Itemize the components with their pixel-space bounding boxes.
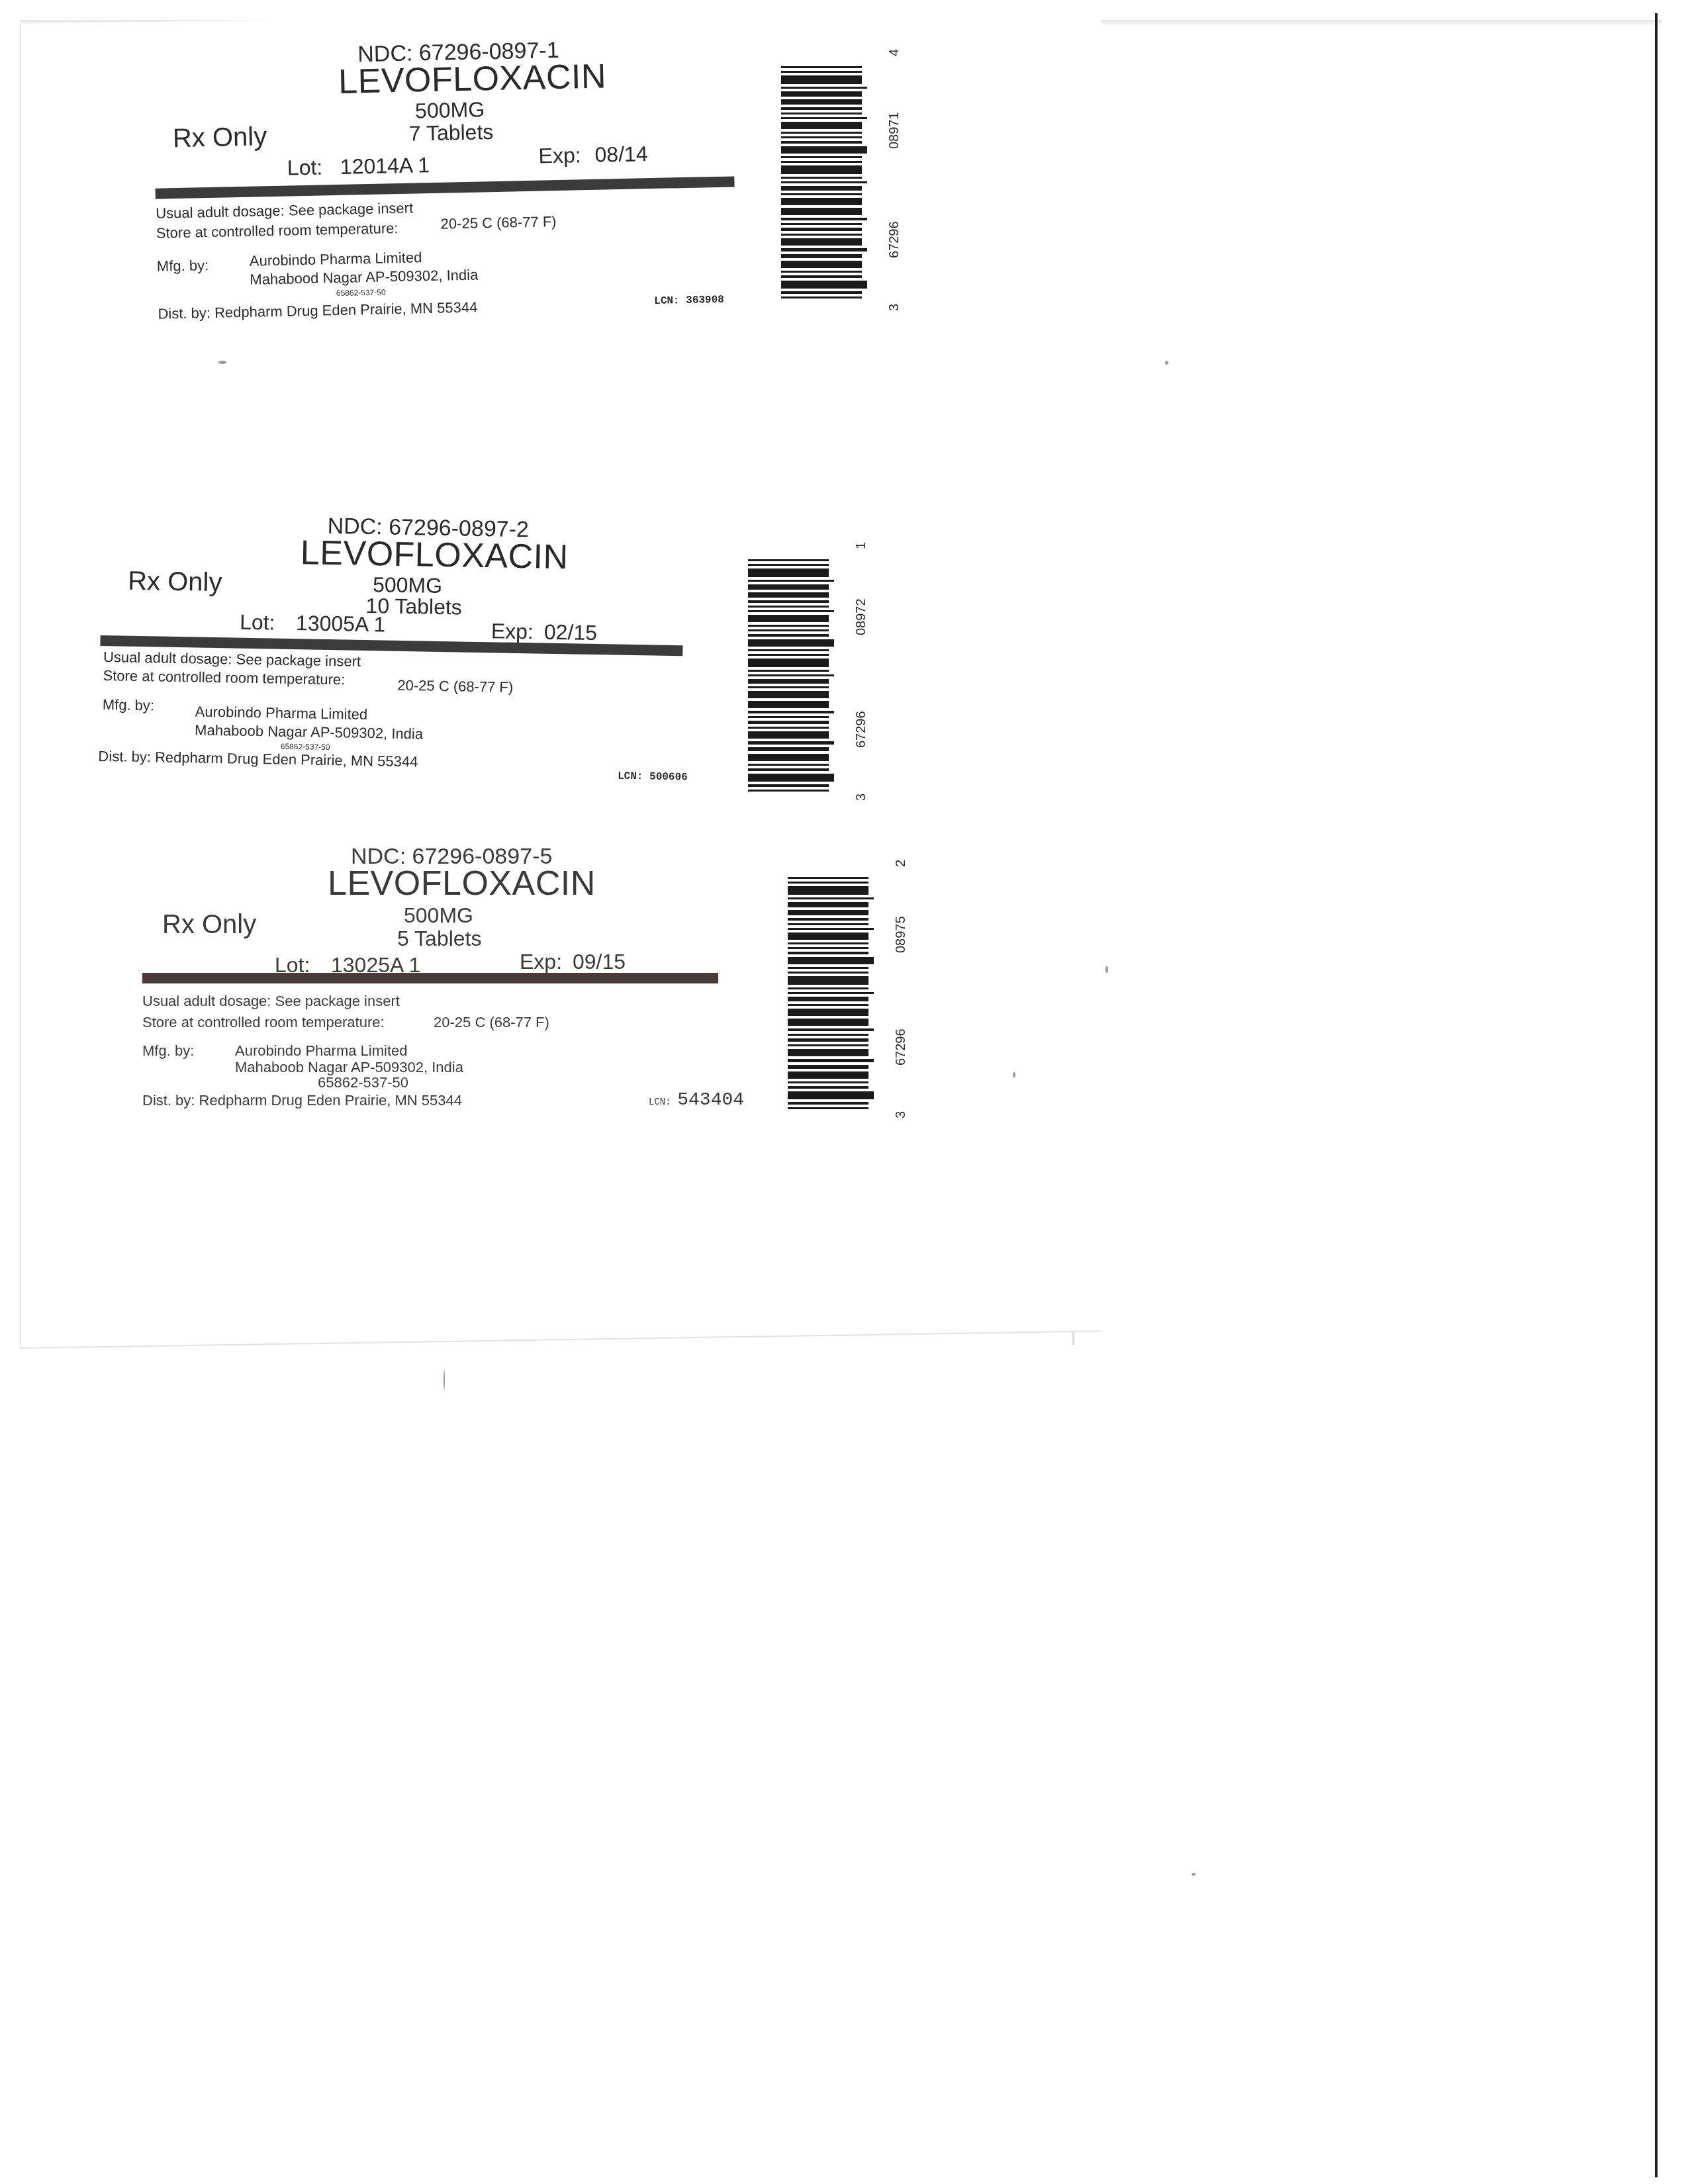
storage-value: 20-25 C (68-77 F) <box>440 213 556 233</box>
scan-speck <box>1165 361 1168 365</box>
barcode-bar <box>788 1107 868 1109</box>
barcode-bar <box>748 711 834 713</box>
rx-only: Rx Only <box>162 910 256 940</box>
barcode-bar <box>781 141 862 143</box>
scan-speck <box>218 361 226 364</box>
barcode-bar <box>748 679 829 683</box>
barcode-bar <box>748 784 829 786</box>
scan-speck <box>1192 1873 1196 1876</box>
barcode-bar <box>748 774 834 782</box>
barcode-bar <box>788 918 868 920</box>
lcn-label: LCN: <box>649 1097 671 1108</box>
drug-name: LEVOFLOXACIN <box>338 56 607 101</box>
barcode-digits-right: 08971 <box>887 112 902 149</box>
barcode-bar <box>781 161 862 163</box>
tablet-count: 5 Tablets <box>397 927 482 951</box>
barcode-digits-right: 08975 <box>894 916 909 953</box>
barcode-bar <box>781 193 862 195</box>
storage-label: Store at controlled room temperature: <box>156 220 399 242</box>
barcode-digit-first: 3 <box>854 794 869 801</box>
lcn-label: LCN: <box>618 770 643 783</box>
mfg-code: 65862-537-50 <box>281 742 330 752</box>
barcode-bar <box>788 972 868 974</box>
lcn: LCN: 363908 <box>654 294 724 307</box>
barcode-digit-check: 2 <box>894 860 909 867</box>
drug-name: LEVOFLOXACIN <box>328 864 596 903</box>
barcode-bar <box>788 967 868 969</box>
barcode-bar <box>781 132 862 134</box>
mfg-address: Mahaboob Nagar AP-509302, India <box>195 721 423 743</box>
barcode-bar <box>748 615 829 622</box>
barcode-bar <box>748 674 834 676</box>
barcode-bar <box>748 721 829 724</box>
barcode-bar <box>788 957 874 964</box>
storage-value: 20-25 C (68-77 F) <box>434 1014 549 1031</box>
barcode <box>781 66 867 301</box>
exp-label: Exp: <box>538 143 581 168</box>
mfg-label: Mfg. by: <box>103 696 155 714</box>
barcode-bar <box>748 701 829 708</box>
barcode-bar <box>788 1049 868 1056</box>
barcode-bar <box>781 146 867 154</box>
barcode-bar <box>781 136 862 138</box>
barcode-bar <box>788 1004 868 1006</box>
divider-bar <box>156 176 735 199</box>
barcode-bar <box>781 66 862 68</box>
barcode-bar <box>788 1059 874 1062</box>
barcode-bar <box>788 976 868 985</box>
exp-date: 08/14 <box>594 142 648 167</box>
barcode-bar <box>748 625 829 627</box>
distributor: Dist. by: Redpharm Drug Eden Prairie, MN… <box>98 748 418 770</box>
storage-label: Store at controlled room temperature: <box>142 1014 385 1031</box>
scan-speck <box>1013 1072 1015 1077</box>
barcode-bar <box>748 634 829 636</box>
barcode-digit-first: 3 <box>894 1111 909 1118</box>
barcode-bar <box>748 584 829 590</box>
barcode-bar <box>788 987 868 989</box>
divider-bar <box>142 973 718 983</box>
barcode-bar <box>781 275 862 277</box>
barcode-bar <box>781 228 862 231</box>
barcode-bar <box>748 716 829 718</box>
barcode-bar <box>748 592 829 598</box>
barcode-bar <box>781 181 867 183</box>
barcode-bar <box>788 947 868 949</box>
rx-only: Rx Only <box>128 567 222 598</box>
lot-label: Lot: <box>287 155 323 180</box>
lot-number: 12014A 1 <box>340 153 430 179</box>
lcn-value: 500606 <box>649 770 688 783</box>
barcode-bar <box>788 902 868 907</box>
exp-label: Exp: <box>520 950 562 974</box>
distributor: Dist. by: Redpharm Drug Eden Prairie, MN… <box>142 1092 462 1109</box>
mfg-label: Mfg. by: <box>142 1042 194 1060</box>
barcode-bar <box>781 254 862 258</box>
barcode-bar <box>788 1086 868 1088</box>
barcode-bar <box>788 1038 868 1042</box>
storage-label: Store at controlled room temperature: <box>103 667 345 688</box>
scan-speck <box>444 1370 445 1390</box>
dosage-text: Usual adult dosage: See package insert <box>103 649 361 670</box>
barcode-bar <box>788 992 874 994</box>
barcode-bar <box>748 691 829 698</box>
scan-speck <box>1105 966 1108 973</box>
barcode-bar <box>748 606 829 608</box>
lot-label: Lot: <box>240 610 275 635</box>
barcode-bar <box>781 218 867 220</box>
barcode-bar <box>781 113 862 114</box>
barcode-bar <box>781 186 862 190</box>
barcode-bar <box>781 177 862 179</box>
barcode-bar <box>748 580 834 582</box>
barcode-bar <box>788 1071 868 1079</box>
barcode-bar <box>748 754 829 761</box>
dosage-text: Usual adult dosage: See package insert <box>142 993 400 1010</box>
barcode-bar <box>781 99 862 105</box>
barcode-bar <box>748 731 829 739</box>
barcode-bar <box>788 877 868 879</box>
barcode-bar <box>781 75 862 84</box>
exp-label: Exp: <box>491 619 534 644</box>
barcode-bar <box>781 117 867 119</box>
barcode-bar <box>748 600 829 602</box>
drug-name: LEVOFLOXACIN <box>300 533 569 577</box>
barcode-bar <box>748 564 829 566</box>
barcode-bar <box>788 910 868 915</box>
barcode-bar <box>788 897 874 899</box>
barcode-bar <box>788 1081 868 1083</box>
barcode-bar <box>788 882 868 884</box>
barcode-bar <box>781 198 862 205</box>
barcode-bar <box>788 1009 868 1016</box>
barcode-bar <box>748 654 829 656</box>
barcode-bar <box>748 639 834 647</box>
drug-strength: 500MG <box>404 903 473 928</box>
barcode-bar <box>788 1028 874 1030</box>
mfg-label: Mfg. by: <box>157 257 209 275</box>
lot-number: 13005A 1 <box>296 611 386 637</box>
barcode-bar <box>781 238 862 246</box>
barcode-bar <box>788 1065 868 1069</box>
barcode-bar <box>788 1034 868 1036</box>
exp-date: 09/15 <box>573 950 626 974</box>
mfg-name: Aurobindo Pharma Limited <box>235 1042 407 1060</box>
barcode-bar <box>781 271 862 273</box>
barcode-bar <box>781 71 862 73</box>
barcode-bar <box>781 281 867 289</box>
barcode-bar <box>748 670 829 672</box>
barcode <box>748 559 834 794</box>
barcode-digit-first: 3 <box>887 304 902 311</box>
barcode-bar <box>748 727 829 729</box>
barcode-bar <box>748 659 829 667</box>
scan-page-edge <box>1655 13 1658 2177</box>
barcode-bar <box>781 156 862 158</box>
barcode-bar <box>748 790 829 792</box>
barcode-digits-left: 67296 <box>887 221 902 258</box>
mfg-address: Mahabood Nagar AP-509302, India <box>250 267 478 289</box>
mfg-code: 65862-537-50 <box>336 287 386 298</box>
barcode-bar <box>781 165 862 174</box>
barcode-digits-left: 67296 <box>854 711 869 748</box>
barcode-bar <box>781 208 862 215</box>
barcode-digits-right: 08972 <box>854 598 869 635</box>
barcode-bar <box>748 747 829 751</box>
barcode-bar <box>788 933 868 940</box>
dosage-text: Usual adult dosage: See package insert <box>156 200 413 222</box>
tablet-count: 7 Tablets <box>408 120 493 146</box>
barcode-bar <box>748 649 829 651</box>
barcode-bar <box>788 928 874 930</box>
barcode-bar <box>781 248 867 251</box>
storage-value: 20-25 C (68-77 F) <box>397 677 513 696</box>
barcode-bar <box>781 91 862 97</box>
barcode-bar <box>788 1102 868 1104</box>
barcode-digit-check: 1 <box>854 542 869 549</box>
barcode-bar <box>788 1019 868 1026</box>
barcode-bar <box>781 223 862 225</box>
rx-only: Rx Only <box>172 122 267 154</box>
barcode-bar <box>748 610 834 612</box>
barcode <box>788 877 874 1112</box>
barcode-bar <box>781 234 862 236</box>
barcode-bar <box>781 107 862 109</box>
mfg-name: Aurobindo Pharma Limited <box>195 703 367 723</box>
barcode-bar <box>748 764 829 766</box>
barcode-bar <box>788 997 868 1001</box>
barcode-bar <box>788 1091 874 1100</box>
barcode-bar <box>781 87 867 89</box>
barcode-bar <box>788 1044 868 1046</box>
barcode-digits-left: 67296 <box>894 1028 909 1066</box>
lcn: LCN: 543404 <box>649 1090 744 1111</box>
barcode-bar <box>788 886 868 895</box>
barcode-bar <box>781 261 862 268</box>
barcode-bar <box>748 559 829 561</box>
barcode-bar <box>781 296 862 298</box>
barcode-bar <box>748 741 834 745</box>
mfg-code: 65862-537-50 <box>318 1074 408 1091</box>
mfg-name: Aurobindo Pharma Limited <box>250 249 422 269</box>
barcode-bar <box>748 768 829 770</box>
lcn: LCN: 500606 <box>618 770 688 784</box>
barcode-bar <box>781 291 862 293</box>
barcode-bar <box>748 569 829 577</box>
lcn-label: LCN: <box>654 295 680 307</box>
lcn-value: 363908 <box>686 294 724 306</box>
barcode-bar <box>748 686 829 688</box>
exp-date: 02/15 <box>544 620 598 645</box>
lcn-value: 543404 <box>677 1090 744 1111</box>
barcode-bar <box>788 923 868 925</box>
barcode-digit-check: 4 <box>887 49 902 56</box>
barcode-bar <box>788 952 868 954</box>
barcode-bar <box>748 629 829 631</box>
barcode-bar <box>788 942 868 944</box>
barcode-bar <box>781 122 862 129</box>
